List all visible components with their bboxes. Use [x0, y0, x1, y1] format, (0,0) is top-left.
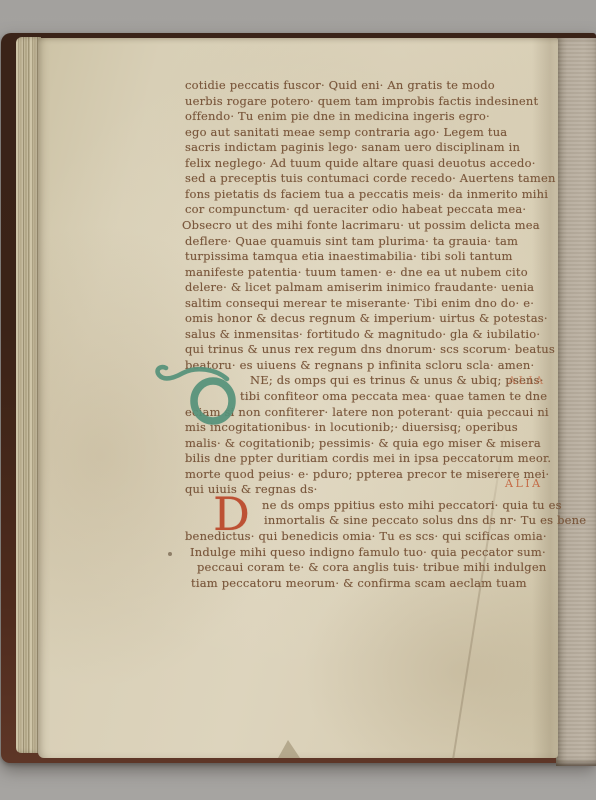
parchment-bottom-notch [278, 740, 300, 758]
parchment-page [38, 38, 558, 758]
ink-speck [168, 552, 172, 556]
red-initial-d: D [213, 492, 250, 536]
rubric-alia-1: ALIA [508, 374, 546, 387]
fore-edge-page-stack [556, 38, 596, 766]
page-fold-shadow [532, 38, 558, 758]
manuscript-photo: cotidie peccatis fuscor· Quid eni· An gr… [0, 0, 596, 800]
green-initial-uncial-d-icon [150, 363, 250, 427]
rubric-alia-2: ALIA [505, 477, 543, 490]
